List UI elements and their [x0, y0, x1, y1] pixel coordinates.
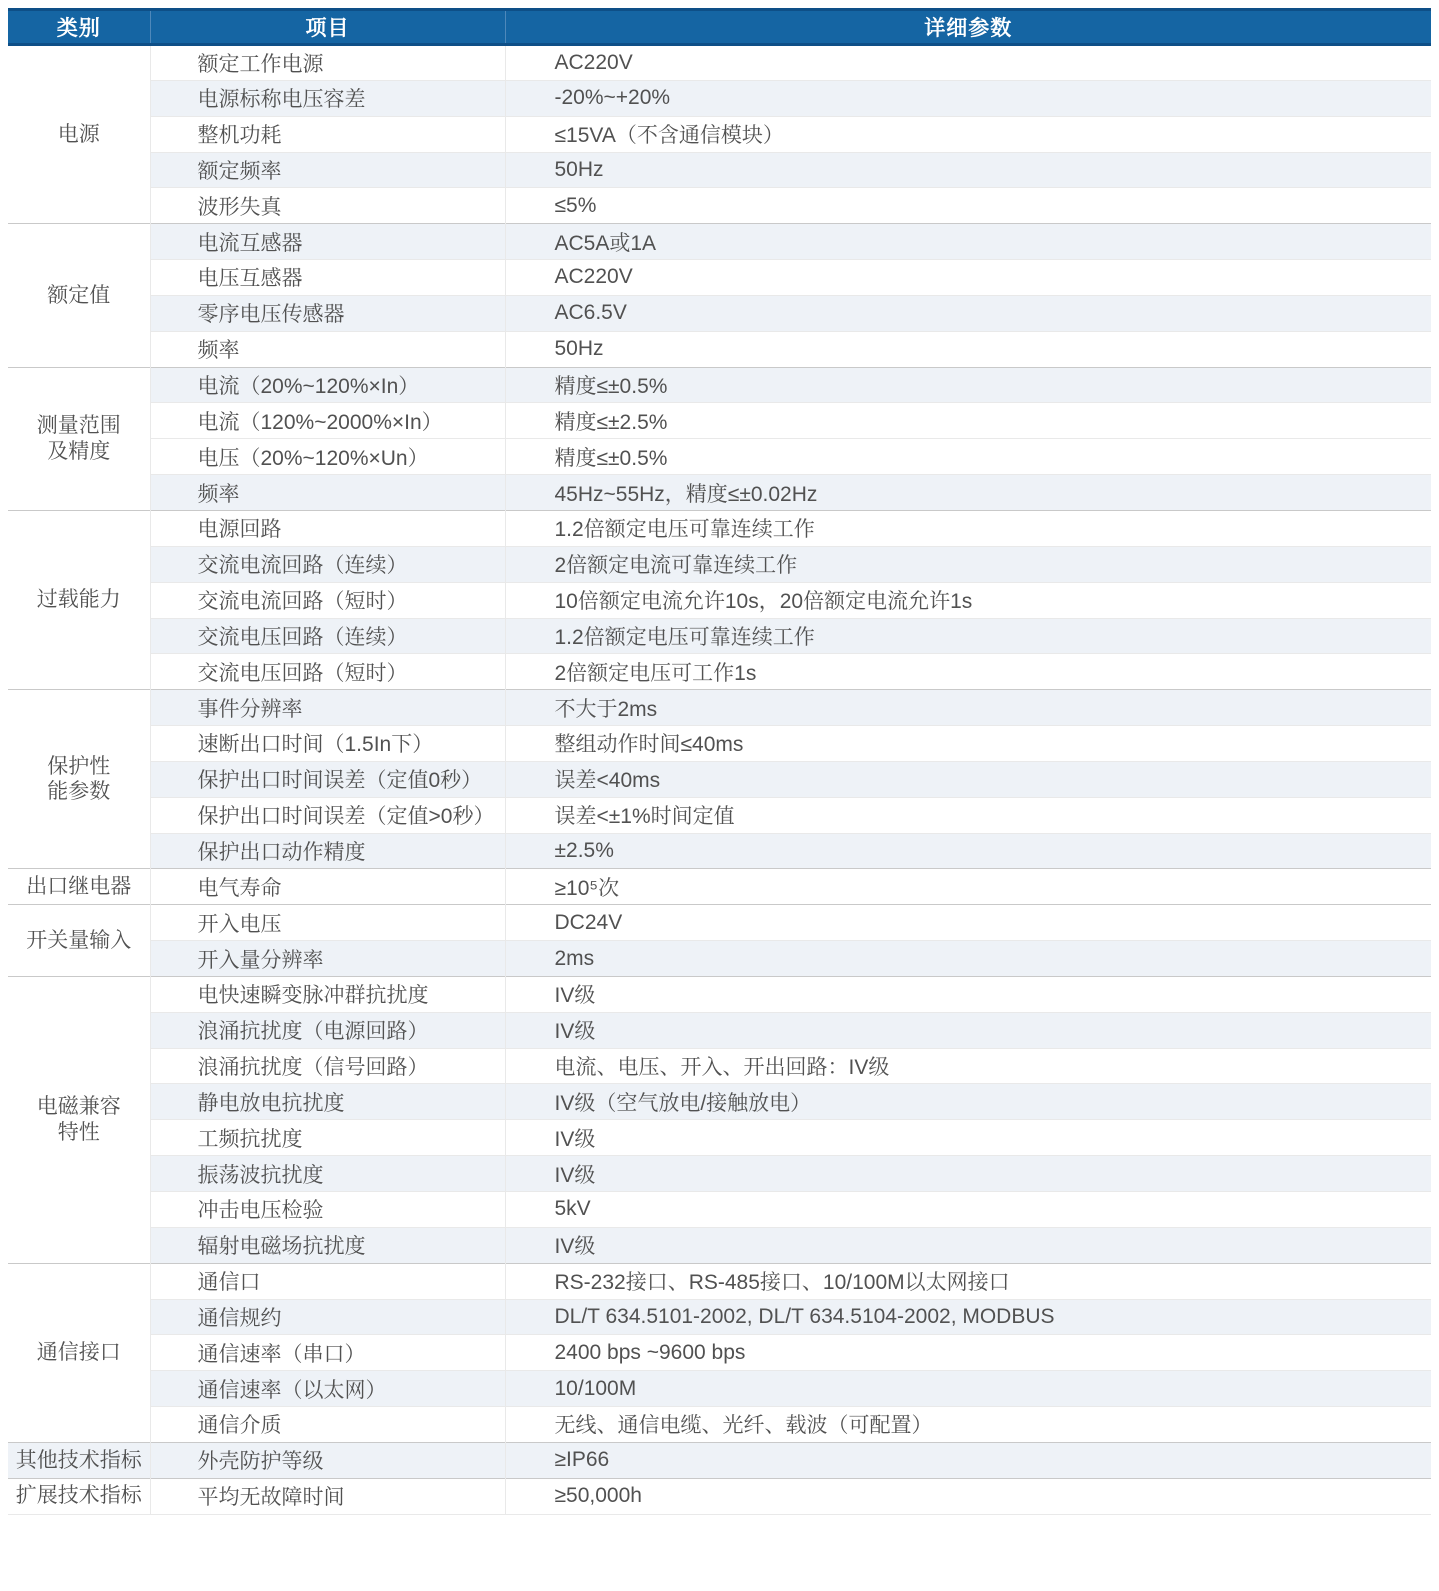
category-cell: 额定值 [8, 224, 150, 367]
category-cell: 通信接口 [8, 1263, 150, 1442]
item-cell: 交流电流回路（连续） [150, 546, 505, 582]
table-row: 辐射电磁场抗扰度IV级 [8, 1227, 1431, 1263]
table-row: 保护性 能参数事件分辨率不大于2ms [8, 690, 1431, 726]
table-row: 频率45Hz~55Hz，精度≤±0.02Hz [8, 475, 1431, 511]
value-cell: 电流、电压、开入、开出回路：IV级 [505, 1048, 1431, 1084]
item-cell: 电压互感器 [150, 260, 505, 296]
item-cell: 辐射电磁场抗扰度 [150, 1227, 505, 1263]
value-cell: 精度≤±0.5% [505, 367, 1431, 403]
value-cell: 无线、通信电缆、光纤、载波（可配置） [505, 1407, 1431, 1443]
item-cell: 电流（120%~2000%×In） [150, 403, 505, 439]
table-row: 其他技术指标外壳防护等级≥IP66 [8, 1442, 1431, 1478]
value-cell: IV级 [505, 1227, 1431, 1263]
value-cell: 整组动作时间≤40ms [505, 726, 1431, 762]
item-cell: 频率 [150, 475, 505, 511]
table-row: 开入量分辨率2ms [8, 941, 1431, 977]
table-row: 通信速率（以太网）10/100M [8, 1371, 1431, 1407]
item-cell: 交流电流回路（短时） [150, 582, 505, 618]
value-cell: 2倍额定电流可靠连续工作 [505, 546, 1431, 582]
table-row: 交流电压回路（连续）1.2倍额定电压可靠连续工作 [8, 618, 1431, 654]
column-header-item: 项目 [150, 10, 505, 45]
value-cell: 误差<±1%时间定值 [505, 797, 1431, 833]
item-cell: 通信介质 [150, 1407, 505, 1443]
value-cell: 10倍额定电流允许10s，20倍额定电流允许1s [505, 582, 1431, 618]
table-row: 保护出口动作精度±2.5% [8, 833, 1431, 869]
spec-table: 类别 项目 详细参数 电源额定工作电源AC220V电源标称电压容差-20%~+2… [8, 8, 1431, 1515]
table-row: 通信接口通信口RS-232接口、RS-485接口、10/100M以太网接口 [8, 1263, 1431, 1299]
item-cell: 冲击电压检验 [150, 1192, 505, 1228]
item-cell: 电流互感器 [150, 224, 505, 260]
category-cell: 电磁兼容 特性 [8, 976, 150, 1263]
item-cell: 振荡波抗扰度 [150, 1156, 505, 1192]
table-row: 工频抗扰度IV级 [8, 1120, 1431, 1156]
item-cell: 浪涌抗扰度（电源回路） [150, 1012, 505, 1048]
table-row: 出口继电器电气寿命≥10⁵次 [8, 869, 1431, 905]
item-cell: 静电放电抗扰度 [150, 1084, 505, 1120]
value-cell: ≥10⁵次 [505, 869, 1431, 905]
value-cell: ≥50,000h [505, 1478, 1431, 1514]
value-cell: 1.2倍额定电压可靠连续工作 [505, 510, 1431, 546]
item-cell: 通信速率（串口） [150, 1335, 505, 1371]
item-cell: 电气寿命 [150, 869, 505, 905]
item-cell: 电流（20%~120%×In） [150, 367, 505, 403]
item-cell: 保护出口动作精度 [150, 833, 505, 869]
table-row: 测量范围 及精度电流（20%~120%×In）精度≤±0.5% [8, 367, 1431, 403]
value-cell: AC6.5V [505, 295, 1431, 331]
item-cell: 额定频率 [150, 152, 505, 188]
table-row: 整机功耗≤15VA（不含通信模块） [8, 116, 1431, 152]
category-cell: 测量范围 及精度 [8, 367, 150, 510]
value-cell: AC220V [505, 45, 1431, 81]
value-cell: IV级 [505, 1120, 1431, 1156]
value-cell: 5kV [505, 1192, 1431, 1228]
value-cell: AC220V [505, 260, 1431, 296]
item-cell: 交流电压回路（连续） [150, 618, 505, 654]
item-cell: 保护出口时间误差（定值0秒） [150, 761, 505, 797]
value-cell: IV级 [505, 976, 1431, 1012]
value-cell: DC24V [505, 905, 1431, 941]
table-row: 保护出口时间误差（定值>0秒）误差<±1%时间定值 [8, 797, 1431, 833]
item-cell: 零序电压传感器 [150, 295, 505, 331]
table-row: 浪涌抗扰度（电源回路）IV级 [8, 1012, 1431, 1048]
value-cell: 不大于2ms [505, 690, 1431, 726]
item-cell: 通信口 [150, 1263, 505, 1299]
item-cell: 速断出口时间（1.5In下） [150, 726, 505, 762]
table-row: 额定频率50Hz [8, 152, 1431, 188]
item-cell: 交流电压回路（短时） [150, 654, 505, 690]
value-cell: 2400 bps ~9600 bps [505, 1335, 1431, 1371]
table-row: 额定值电流互感器AC5A或1A [8, 224, 1431, 260]
table-row: 频率50Hz [8, 331, 1431, 367]
category-cell: 扩展技术指标 [8, 1478, 150, 1514]
item-cell: 电源回路 [150, 510, 505, 546]
table-row: 通信介质无线、通信电缆、光纤、载波（可配置） [8, 1407, 1431, 1443]
item-cell: 工频抗扰度 [150, 1120, 505, 1156]
value-cell: RS-232接口、RS-485接口、10/100M以太网接口 [505, 1263, 1431, 1299]
item-cell: 额定工作电源 [150, 45, 505, 81]
table-row: 零序电压传感器AC6.5V [8, 295, 1431, 331]
category-cell: 其他技术指标 [8, 1442, 150, 1478]
value-cell: 精度≤±2.5% [505, 403, 1431, 439]
item-cell: 电源标称电压容差 [150, 80, 505, 116]
value-cell: 2倍额定电压可工作1s [505, 654, 1431, 690]
table-row: 过载能力电源回路1.2倍额定电压可靠连续工作 [8, 510, 1431, 546]
table-row: 交流电压回路（短时）2倍额定电压可工作1s [8, 654, 1431, 690]
item-cell: 事件分辨率 [150, 690, 505, 726]
value-cell: IV级（空气放电/接触放电） [505, 1084, 1431, 1120]
value-cell: 2ms [505, 941, 1431, 977]
value-cell: 50Hz [505, 152, 1431, 188]
table-row: 保护出口时间误差（定值0秒）误差<40ms [8, 761, 1431, 797]
table-row: 交流电流回路（短时）10倍额定电流允许10s，20倍额定电流允许1s [8, 582, 1431, 618]
table-row: 通信速率（串口）2400 bps ~9600 bps [8, 1335, 1431, 1371]
category-cell: 过载能力 [8, 510, 150, 689]
table-row: 电源标称电压容差-20%~+20% [8, 80, 1431, 116]
value-cell: 误差<40ms [505, 761, 1431, 797]
table-row: 冲击电压检验5kV [8, 1192, 1431, 1228]
table-row: 静电放电抗扰度IV级（空气放电/接触放电） [8, 1084, 1431, 1120]
table-row: 通信规约DL/T 634.5101-2002, DL/T 634.5104-20… [8, 1299, 1431, 1335]
table-row: 开关量输入开入电压DC24V [8, 905, 1431, 941]
table-row: 交流电流回路（连续）2倍额定电流可靠连续工作 [8, 546, 1431, 582]
value-cell: ≤5% [505, 188, 1431, 224]
table-row: 电流（120%~2000%×In）精度≤±2.5% [8, 403, 1431, 439]
table-row: 扩展技术指标平均无故障时间≥50,000h [8, 1478, 1431, 1514]
value-cell: 45Hz~55Hz，精度≤±0.02Hz [505, 475, 1431, 511]
value-cell: -20%~+20% [505, 80, 1431, 116]
item-cell: 电快速瞬变脉冲群抗扰度 [150, 976, 505, 1012]
category-cell: 开关量输入 [8, 905, 150, 977]
value-cell: 1.2倍额定电压可靠连续工作 [505, 618, 1431, 654]
category-cell: 出口继电器 [8, 869, 150, 905]
table-row: 电压（20%~120%×Un）精度≤±0.5% [8, 439, 1431, 475]
item-cell: 保护出口时间误差（定值>0秒） [150, 797, 505, 833]
table-row: 振荡波抗扰度IV级 [8, 1156, 1431, 1192]
value-cell: ≥IP66 [505, 1442, 1431, 1478]
value-cell: DL/T 634.5101-2002, DL/T 634.5104-2002, … [505, 1299, 1431, 1335]
item-cell: 浪涌抗扰度（信号回路） [150, 1048, 505, 1084]
category-cell: 电源 [8, 45, 150, 224]
value-cell: 精度≤±0.5% [505, 439, 1431, 475]
item-cell: 平均无故障时间 [150, 1478, 505, 1514]
header-row: 类别 项目 详细参数 [8, 10, 1431, 45]
item-cell: 通信速率（以太网） [150, 1371, 505, 1407]
item-cell: 开入量分辨率 [150, 941, 505, 977]
value-cell: IV级 [505, 1012, 1431, 1048]
table-row: 电磁兼容 特性电快速瞬变脉冲群抗扰度IV级 [8, 976, 1431, 1012]
value-cell: ≤15VA（不含通信模块） [505, 116, 1431, 152]
item-cell: 外壳防护等级 [150, 1442, 505, 1478]
item-cell: 整机功耗 [150, 116, 505, 152]
table-row: 电压互感器AC220V [8, 260, 1431, 296]
table-row: 速断出口时间（1.5In下）整组动作时间≤40ms [8, 726, 1431, 762]
value-cell: 50Hz [505, 331, 1431, 367]
table-row: 电源额定工作电源AC220V [8, 45, 1431, 81]
table-row: 浪涌抗扰度（信号回路）电流、电压、开入、开出回路：IV级 [8, 1048, 1431, 1084]
item-cell: 通信规约 [150, 1299, 505, 1335]
item-cell: 频率 [150, 331, 505, 367]
item-cell: 电压（20%~120%×Un） [150, 439, 505, 475]
table-row: 波形失真≤5% [8, 188, 1431, 224]
value-cell: AC5A或1A [505, 224, 1431, 260]
value-cell: ±2.5% [505, 833, 1431, 869]
value-cell: 10/100M [505, 1371, 1431, 1407]
column-header-params: 详细参数 [505, 10, 1431, 45]
value-cell: IV级 [505, 1156, 1431, 1192]
item-cell: 开入电压 [150, 905, 505, 941]
spec-sheet: 类别 项目 详细参数 电源额定工作电源AC220V电源标称电压容差-20%~+2… [0, 0, 1439, 1515]
item-cell: 波形失真 [150, 188, 505, 224]
category-cell: 保护性 能参数 [8, 690, 150, 869]
column-header-category: 类别 [8, 10, 150, 45]
